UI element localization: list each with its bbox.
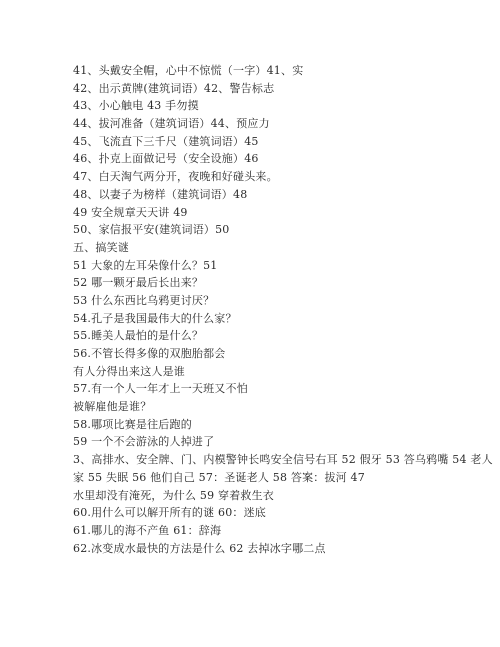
text-line: 水里却没有淹死，为什么 59 穿着救生衣 <box>73 487 473 505</box>
text-line: 61.哪儿的海不产鱼 61：辞海 <box>73 522 473 540</box>
text-line: 44、拔河准备（建筑词语）44、预应力 <box>73 115 473 133</box>
text-line: 47、白天淘气两分开，夜晚和好碰头来。 <box>73 168 473 186</box>
text-line: 58.哪项比赛是往后跑的 <box>73 416 473 434</box>
text-line: 被解雇他是谁？ <box>73 398 473 416</box>
document-page: 41、头戴安全帽，心中不惊慌（一字）41、实 42、出示黄牌(建筑词语）42、警… <box>73 62 473 557</box>
text-line: 52 哪一颗牙最后长出来？ <box>73 274 473 292</box>
text-line: 55.睡美人最怕的是什么？ <box>73 327 473 345</box>
text-line: 43、小心触电 43 手勿摸 <box>73 97 473 115</box>
text-line: 家 55 失眠 56 他们自己 57：圣诞老人 58 答案：拔河 47 <box>73 469 473 487</box>
text-line: 50、家信报平安(建筑词语）50 <box>73 221 473 239</box>
text-line: 60.用什么可以解开所有的谜 60：迷底 <box>73 504 473 522</box>
text-line: 57.有一个人一年才上一天班又不怕 <box>73 380 473 398</box>
text-line: 51 大象的左耳朵像什么？51 <box>73 257 473 275</box>
text-line: 有人分得出来这人是谁 <box>73 363 473 381</box>
text-line: 45、飞流直下三千尺（建筑词语）45 <box>73 133 473 151</box>
section-heading: 五、搞笑谜 <box>73 239 473 257</box>
text-line: 3、高排水、安全牌、门、内模警钟长鸣安全信号右耳 52 假牙 53 答乌鸦嘴 5… <box>73 451 473 469</box>
text-line: 42、出示黄牌(建筑词语）42、警告标志 <box>73 80 473 98</box>
text-line: 41、头戴安全帽，心中不惊慌（一字）41、实 <box>73 62 473 80</box>
text-line: 54.孔子是我国最伟大的什么家？ <box>73 310 473 328</box>
text-line: 46、扑克上面做记号（安全设施）46 <box>73 150 473 168</box>
text-line: 56.不管长得多像的双胞胎都会 <box>73 345 473 363</box>
text-line: 59 一个不会游泳的人掉进了 <box>73 433 473 451</box>
text-line: 49 安全规章天天讲 49 <box>73 204 473 222</box>
text-line: 48、以妻子为榜样（建筑词语）48 <box>73 186 473 204</box>
text-line: 62.冰变成水最快的方法是什么 62 去掉冰字哪二点 <box>73 540 473 558</box>
text-line: 53 什么东西比乌鸦更讨厌？ <box>73 292 473 310</box>
